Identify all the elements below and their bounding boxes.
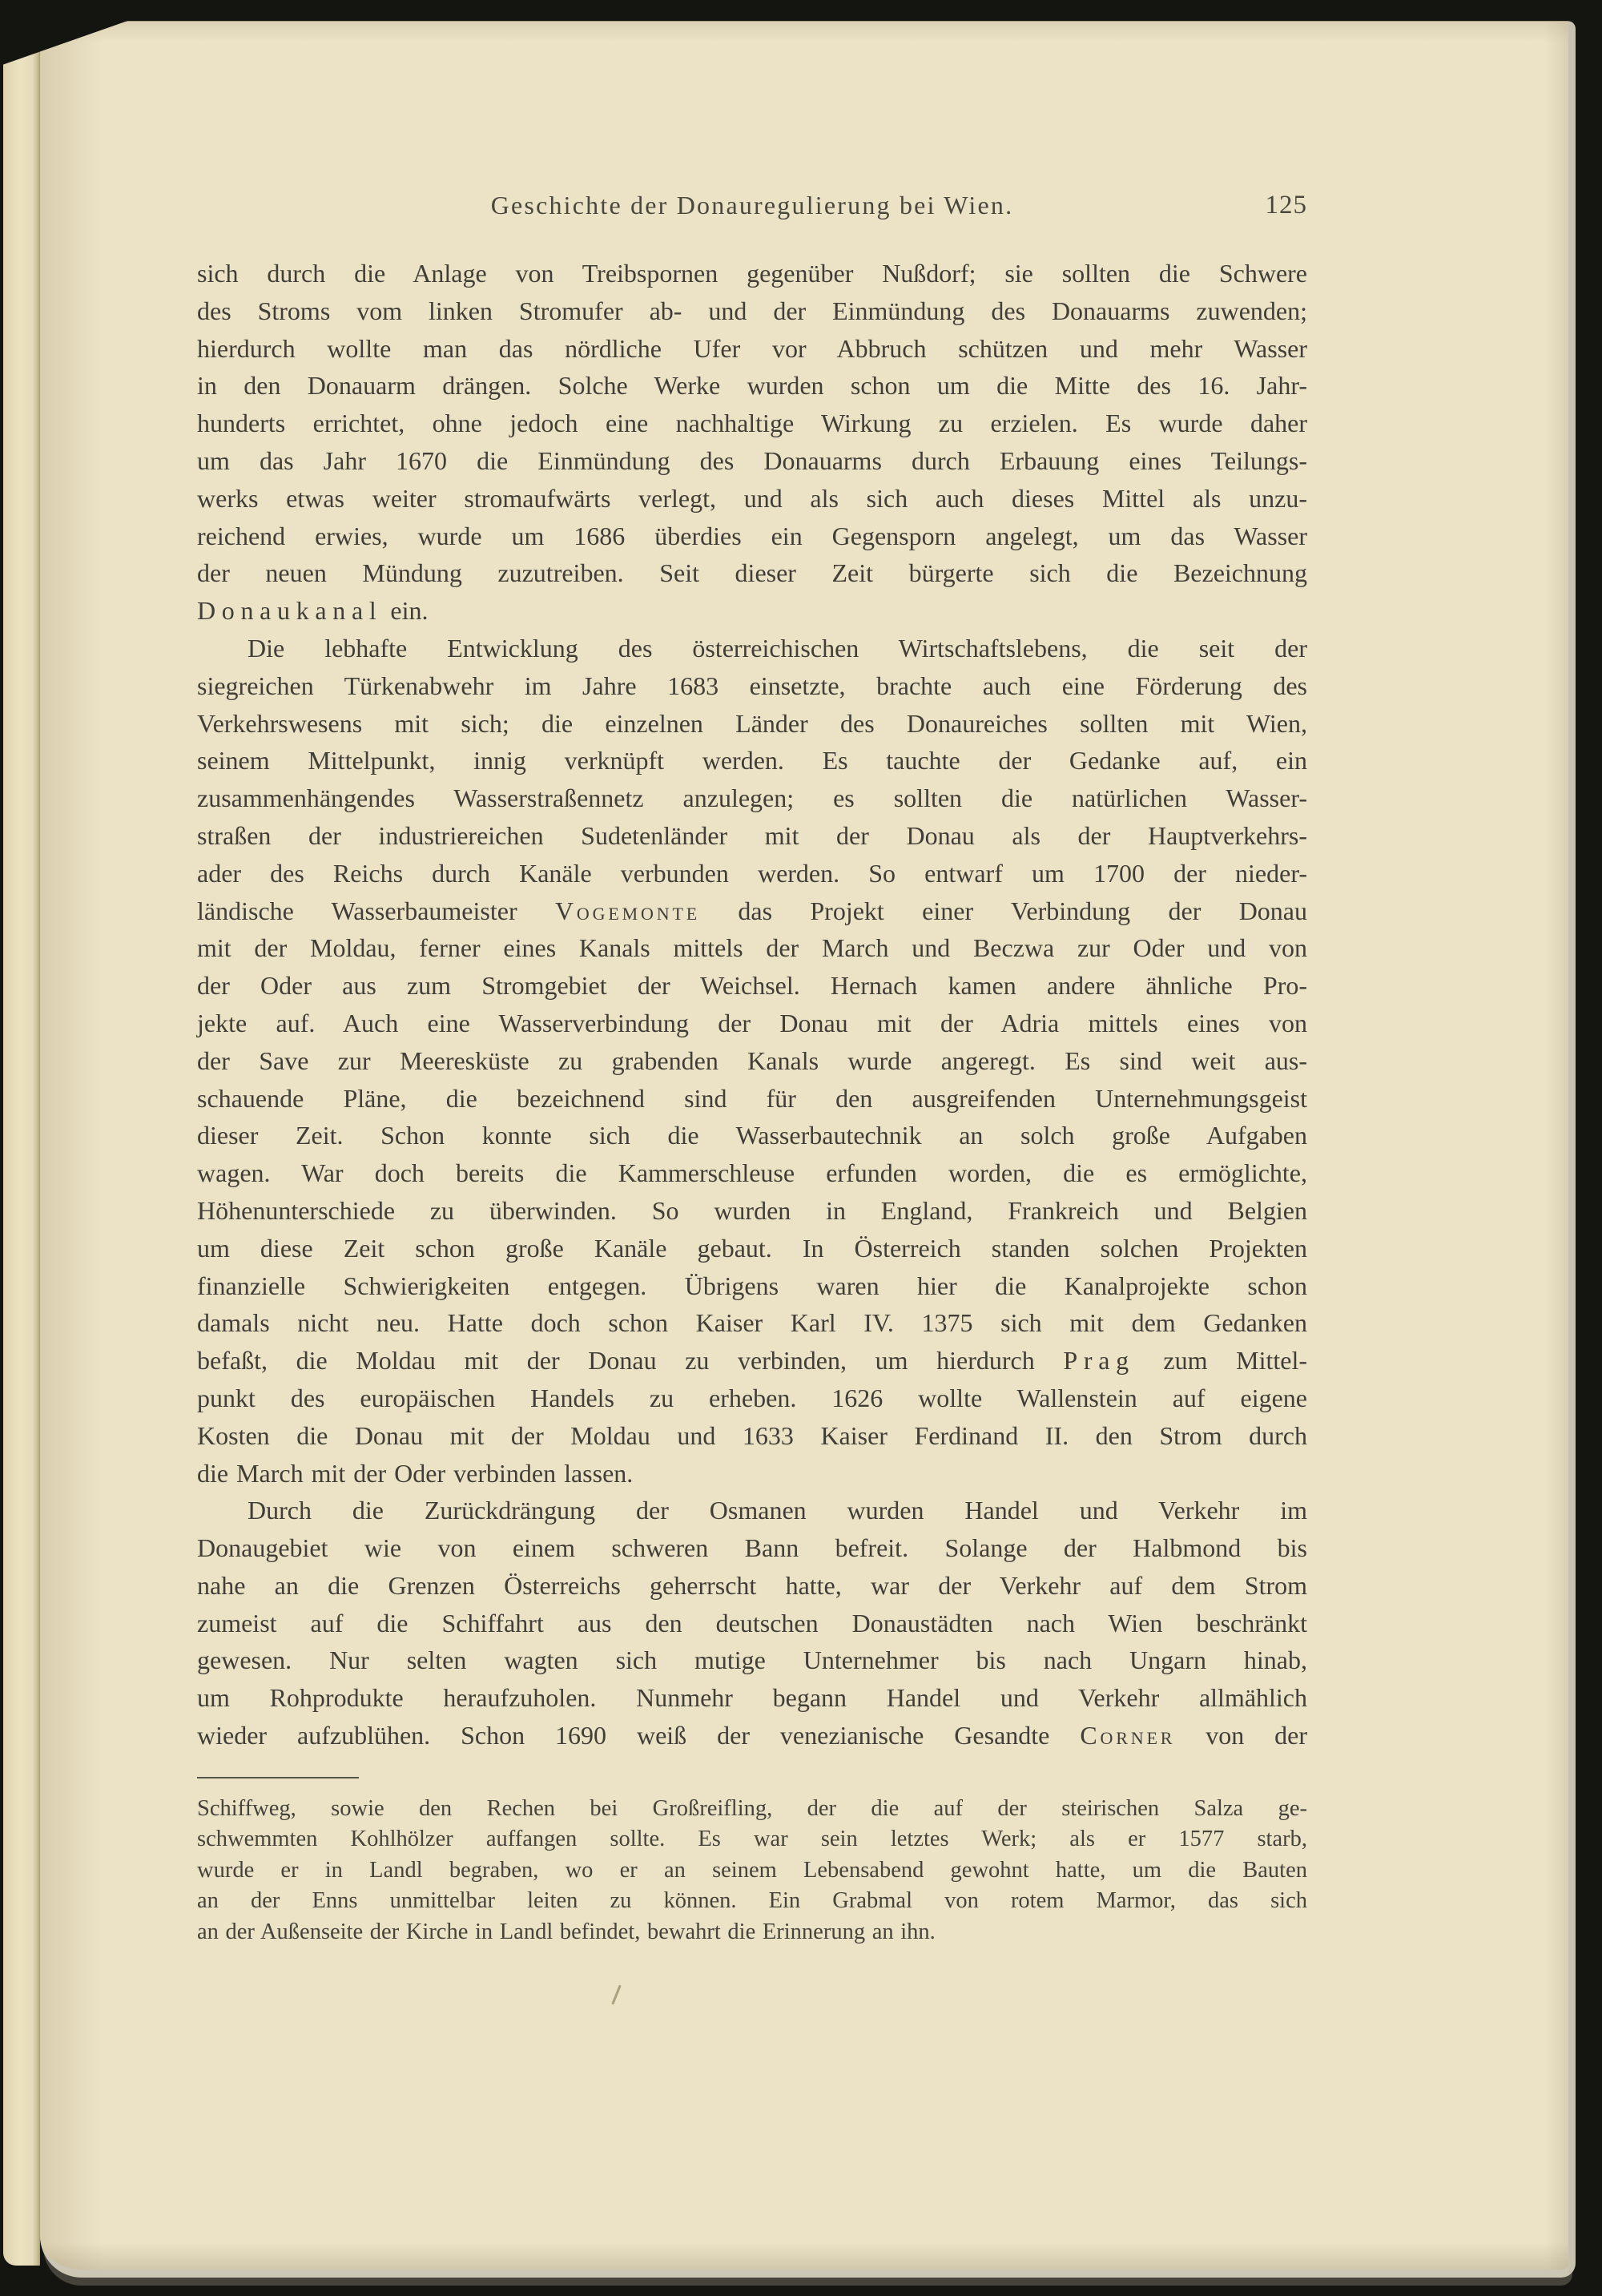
- text-line: ader des Reichs durch Kanäle verbunden w…: [197, 855, 1307, 892]
- text-line: ländische Wasserbaumeister Vogemonte das…: [197, 892, 1307, 930]
- text-line: wagen. War doch bereits die Kammerschleu…: [197, 1154, 1307, 1192]
- book-page: Geschichte der Donauregulierung bei Wien…: [40, 21, 1576, 2278]
- text-line: gewesen. Nur selten wagten sich mutige U…: [197, 1641, 1307, 1679]
- text-line: Kosten die Donau mit der Moldau und 1633…: [197, 1417, 1307, 1455]
- text-line: Donaugebiet wie von einem schweren Bann …: [197, 1529, 1307, 1567]
- text-line: mit der Moldau, ferner eines Kanals mitt…: [197, 929, 1307, 967]
- text-line: an der Enns unmittelbar leiten zu können…: [197, 1886, 1307, 1916]
- text-line: seinem Mittelpunkt, innig verknüpft werd…: [197, 742, 1307, 779]
- text-line: siegreichen Türkenabwehr im Jahre 1683 e…: [197, 667, 1307, 705]
- text-line: die March mit der Oder verbinden lassen.: [197, 1455, 1307, 1492]
- footnote-separator-rule: [197, 1777, 359, 1778]
- text-line: schauende Pläne, die bezeichnend sind fü…: [197, 1080, 1307, 1118]
- text-line: Höhenunterschiede zu überwinden. So wurd…: [197, 1192, 1307, 1230]
- text-line: damals nicht neu. Hatte doch schon Kaise…: [197, 1304, 1307, 1342]
- page-number: 125: [1266, 189, 1308, 221]
- text-line: um diese Zeit schon große Kanäle gebaut.…: [197, 1230, 1307, 1267]
- text-line: finanzielle Schwierigkeiten entgegen. Üb…: [197, 1267, 1307, 1305]
- text-line: sich durch die Anlage von Treibspornen g…: [197, 255, 1307, 292]
- text-line: schwemmten Kohlhölzer auffangen sollte. …: [197, 1824, 1307, 1855]
- text-line: punkt des europäischen Handels zu erhebe…: [197, 1380, 1307, 1417]
- scanned-book-spread: Geschichte der Donauregulierung bei Wien…: [0, 0, 1602, 2296]
- text-line: an der Außenseite der Kirche in Landl be…: [197, 1917, 1307, 1948]
- text-line: Verkehrswesens mit sich; die einzelnen L…: [197, 705, 1307, 743]
- text-line: wurde er in Landl begraben, wo er an sei…: [197, 1855, 1307, 1886]
- small-caps-name: Vogemonte: [555, 896, 700, 925]
- paragraph: Die lebhafte Entwicklung des österreichi…: [197, 630, 1307, 1492]
- running-head-title: Geschichte der Donauregulierung bei Wien…: [197, 189, 1307, 221]
- text-line: jekte auf. Auch eine Wasserverbindung de…: [197, 1005, 1307, 1042]
- letterspaced-word: Prag: [1063, 1346, 1134, 1375]
- paragraph: Durch die Zurückdrängung der Osmanen wur…: [197, 1492, 1307, 1754]
- small-caps-name: Corner: [1080, 1721, 1175, 1750]
- text-line: Die lebhafte Entwicklung des österreichi…: [197, 630, 1307, 667]
- letterspaced-word: Donaukanal: [197, 596, 382, 625]
- footnote-text: Schiffweg, sowie den Rechen bei Großreif…: [197, 1794, 1307, 1948]
- paragraph: sich durch die Anlage von Treibspornen g…: [197, 255, 1307, 630]
- running-head: Geschichte der Donauregulierung bei Wien…: [197, 189, 1307, 221]
- text-line: der Save zur Meeresküste zu grabenden Ka…: [197, 1042, 1307, 1080]
- scan-speck: [611, 1984, 622, 2004]
- text-line: hunderts errichtet, ohne jedoch eine nac…: [197, 405, 1307, 442]
- text-line: reichend erwies, wurde um 1686 überdies …: [197, 518, 1307, 555]
- text-line: der Oder aus zum Stromgebiet der Weichse…: [197, 967, 1307, 1005]
- text-line: um Rohprodukte heraufzuholen. Nunmehr be…: [197, 1679, 1307, 1717]
- text-line: des Stroms vom linken Stromufer ab- und …: [197, 292, 1307, 330]
- text-line: werks etwas weiter stromaufwärts verlegt…: [197, 480, 1307, 518]
- text-line: zusammenhängendes Wasserstraßennetz anzu…: [197, 779, 1307, 817]
- text-line: straßen der industriereichen Sudetenländ…: [197, 817, 1307, 855]
- text-line: dieser Zeit. Schon konnte sich die Wasse…: [197, 1117, 1307, 1154]
- text-line: hierdurch wollte man das nördliche Ufer …: [197, 330, 1307, 368]
- body-text: sich durch die Anlage von Treibspornen g…: [197, 255, 1307, 1754]
- text-line: wieder aufzublühen. Schon 1690 weiß der …: [197, 1717, 1307, 1754]
- text-line: zumeist auf die Schiffahrt aus den deuts…: [197, 1605, 1307, 1642]
- text-line: Schiffweg, sowie den Rechen bei Großreif…: [197, 1794, 1307, 1824]
- text-line: um das Jahr 1670 die Einmündung des Dona…: [197, 442, 1307, 480]
- text-line: befaßt, die Moldau mit der Donau zu verb…: [197, 1342, 1307, 1380]
- text-line: in den Donauarm drängen. Solche Werke wu…: [197, 367, 1307, 405]
- text-line: Donaukanal ein.: [197, 592, 1307, 630]
- gutter-shadow-wedge: [0, 19, 132, 66]
- text-line: der neuen Mündung zuzutreiben. Seit dies…: [197, 554, 1307, 592]
- facing-page-edge: [3, 26, 40, 2266]
- text-line: Durch die Zurückdrängung der Osmanen wur…: [197, 1492, 1307, 1529]
- text-line: nahe an die Grenzen Österreichs geherrsc…: [197, 1567, 1307, 1605]
